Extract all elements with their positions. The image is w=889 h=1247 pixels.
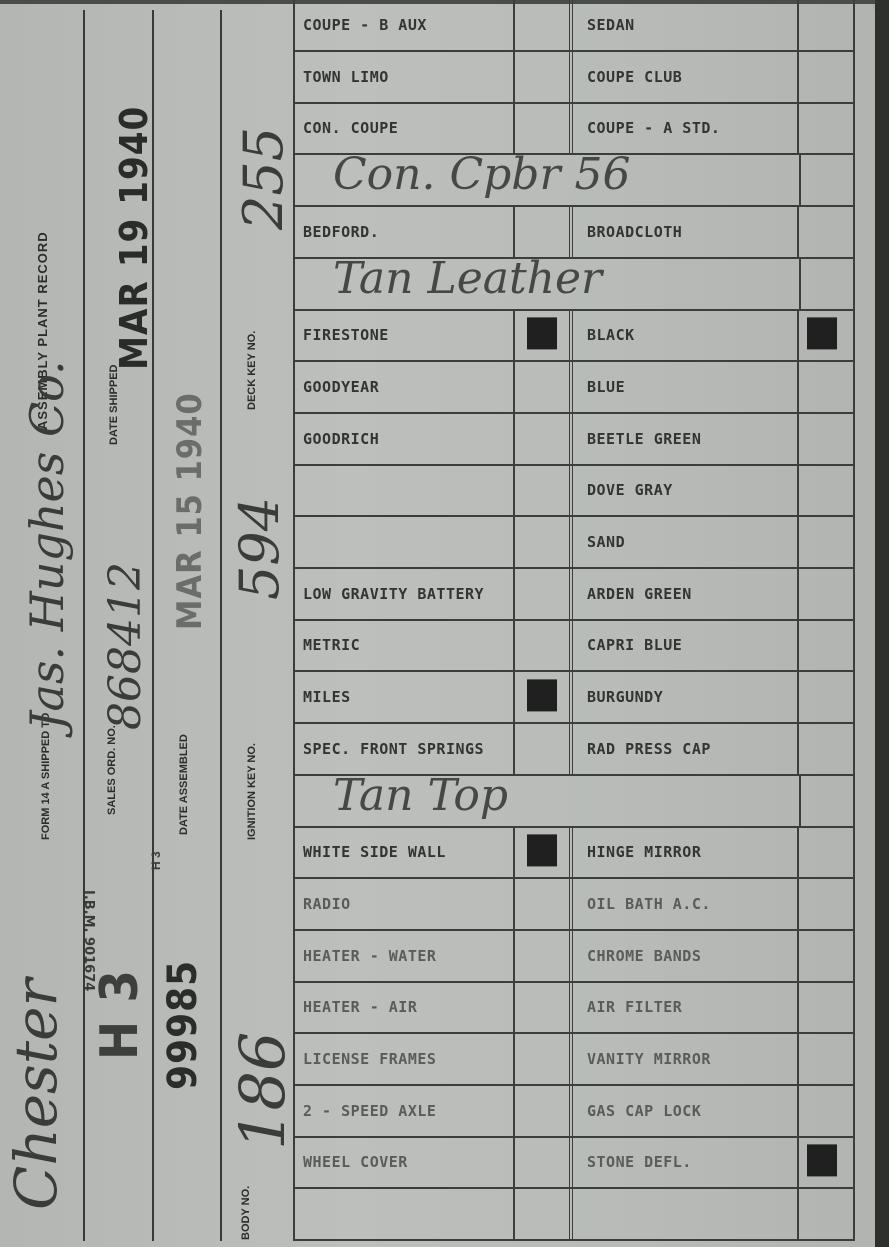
option-text: WHITE SIDE WALL [303,843,446,861]
option-text: BLACK [587,326,635,344]
column-rule [83,10,85,1241]
option-text: GOODRICH [303,430,379,448]
check-box-left [515,465,573,515]
serial-number: 99985 [160,960,206,1090]
option-text: WHEEL COVER [303,1153,408,1171]
option-text: AIR FILTER [587,998,682,1016]
sales-ord-no-label: SALES ORD. NO. [106,725,118,815]
grid-row: RADIOOIL BATH A.C. [293,879,855,931]
option-label-right: OIL BATH A.C. [577,879,799,929]
handwritten-note: Con. Cpbr 56 [333,149,630,200]
option-label-right: ARDEN GREEN [577,569,799,619]
option-label-right: HINGE MIRROR [577,827,799,877]
option-label-left: COUPE - B AUX [293,0,515,50]
check-box-right [799,362,855,412]
grid-row [293,1189,855,1241]
option-label-left: HEATER - WATER [293,931,515,981]
grid-row: COUPE - B AUXSEDAN [293,0,855,52]
option-label-left: TOWN LIMO [293,52,515,102]
options-grid: COUPE - B AUXSEDANTOWN LIMOCOUPE CLUBCON… [293,0,855,1240]
grid-row: DOVE GRAY [293,465,855,517]
option-label-right: RAD PRESS CAP [577,724,799,774]
option-text: CON. COUPE [303,119,398,137]
card-shadow-edge [875,0,889,1247]
check-box-left [515,827,573,877]
check-box-right [799,465,855,515]
check-box-right [799,207,855,257]
check-box-left [515,52,573,102]
punch-mark-icon [807,318,837,350]
option-text: HEATER - WATER [303,947,436,965]
option-label-right: BLACK [577,310,799,360]
grid-row: SAND [293,517,855,569]
option-label-right: SEDAN [577,0,799,50]
option-text: TOWN LIMO [303,68,389,86]
option-text: MILES [303,688,351,706]
option-label-right: BROADCLOTH [577,207,799,257]
option-text: METRIC [303,636,360,654]
handwritten-note: Tan Top [333,770,508,821]
check-box-right [799,931,855,981]
check-box-right [799,620,855,670]
date-shipped-label: DATE SHIPPED [108,365,120,445]
option-label-right [577,1189,799,1239]
date-shipped-value: MAR 19 1940 [112,106,156,370]
check-box-right [799,0,855,50]
option-text: ARDEN GREEN [587,585,692,603]
option-text: FIRESTONE [303,326,389,344]
option-label-right: VANITY MIRROR [577,1034,799,1084]
option-label-left: SPEC. FRONT SPRINGS [293,724,515,774]
deck-key-no-value: 255 [232,127,295,230]
option-text: HEATER - AIR [303,998,417,1016]
option-text: BEETLE GREEN [587,430,701,448]
option-text: LICENSE FRAMES [303,1050,436,1068]
grid-row: Tan Leather [293,259,855,311]
check-box-right [799,1189,855,1239]
option-label-right: BURGUNDY [577,672,799,722]
punch-mark-icon [527,835,557,867]
option-label-left: BEDFORD. [293,207,515,257]
option-label-left [293,517,515,567]
grid-row: Tan Top [293,776,855,828]
check-box-right [799,724,855,774]
check-box-right [799,1086,855,1136]
option-text: BROADCLOTH [587,223,682,241]
check-box-left [515,517,573,567]
option-label-left [293,1189,515,1239]
option-text: SAND [587,533,625,551]
form-number: H 3 [150,851,163,870]
body-no-value: 186 [226,1032,299,1150]
option-label-left: 2 - SPEED AXLE [293,1086,515,1136]
check-box-right [799,982,855,1032]
check-box-right [799,827,855,877]
grid-row: TOWN LIMOCOUPE CLUB [293,52,855,104]
grid-row: FIRESTONEBLACK [293,310,855,362]
handwritten-note: Tan Leather [333,253,602,304]
grid-cell [799,155,855,205]
check-box-left [515,207,573,257]
grid-row: GOODYEARBLUE [293,362,855,414]
option-text: SEDAN [587,16,635,34]
option-label-left: METRIC [293,620,515,670]
option-label-left: WHITE SIDE WALL [293,827,515,877]
option-text: COUPE CLUB [587,68,682,86]
option-text: BURGUNDY [587,688,663,706]
option-text: BEDFORD. [303,223,379,241]
option-label-left: HEATER - AIR [293,982,515,1032]
option-label-left: RADIO [293,879,515,929]
option-text: STONE DEFL. [587,1153,692,1171]
option-text: SPEC. FRONT SPRINGS [303,740,484,758]
check-box-left [515,103,573,153]
option-text: LOW GRAVITY BATTERY [303,585,484,603]
option-label-right: GAS CAP LOCK [577,1086,799,1136]
option-label-right: STONE DEFL. [577,1137,799,1187]
check-box-right [799,879,855,929]
check-box-right [799,672,855,722]
option-label-left: MILES [293,672,515,722]
check-box-left [515,310,573,360]
grid-row: GOODRICHBEETLE GREEN [293,414,855,466]
option-text: OIL BATH A.C. [587,895,711,913]
option-text: CAPRI BLUE [587,636,682,654]
grid-row: HEATER - AIRAIR FILTER [293,982,855,1034]
option-label-right: CAPRI BLUE [577,620,799,670]
check-box-left [515,1034,573,1084]
check-box-left [515,0,573,50]
check-box-left [515,672,573,722]
check-box-left [515,362,573,412]
option-label-right: COUPE CLUB [577,52,799,102]
check-box-left [515,620,573,670]
sales-ord-no-value: 868412 [100,562,151,730]
grid-row: BEDFORD.BROADCLOTH [293,207,855,259]
assembly-plant-record-card: ASSEMBLY PLANT RECORD FORM 14 A SHIPPED … [0,0,875,1247]
grid-cell [799,259,855,309]
signature: Chester [2,979,70,1210]
option-label-left: WHEEL COVER [293,1137,515,1187]
option-label-left: LOW GRAVITY BATTERY [293,569,515,619]
grid-row: LOW GRAVITY BATTERYARDEN GREEN [293,569,855,621]
grid-row: WHITE SIDE WALLHINGE MIRROR [293,827,855,879]
ignition-key-no-label: IGNITION KEY NO. [246,743,258,840]
option-text: VANITY MIRROR [587,1050,711,1068]
option-text: DOVE GRAY [587,481,673,499]
check-box-left [515,414,573,464]
punch-mark-icon [527,318,557,350]
check-box-left [515,879,573,929]
option-label-right: AIR FILTER [577,982,799,1032]
option-label-right: BLUE [577,362,799,412]
grid-row: Con. Cpbr 56 [293,155,855,207]
option-text: CHROME BANDS [587,947,701,965]
grid-cell [799,776,855,826]
option-text: HINGE MIRROR [587,843,701,861]
option-text: GAS CAP LOCK [587,1102,701,1120]
check-box-left [515,569,573,619]
check-box-right [799,414,855,464]
option-text: 2 - SPEED AXLE [303,1102,436,1120]
check-box-right [799,103,855,153]
option-label-right: COUPE - A STD. [577,103,799,153]
option-label-left [293,465,515,515]
option-text: COUPE - B AUX [303,16,427,34]
option-label-left: GOODRICH [293,414,515,464]
check-box-right [799,310,855,360]
dealer-code: H 3 [90,969,150,1060]
option-label-right: CHROME BANDS [577,931,799,981]
option-label-right: SAND [577,517,799,567]
grid-row: WHEEL COVERSTONE DEFL. [293,1137,855,1189]
grid-row: SPEC. FRONT SPRINGSRAD PRESS CAP [293,724,855,776]
grid-row: METRICCAPRI BLUE [293,620,855,672]
deck-key-no-label: DECK KEY NO. [246,331,258,410]
grid-row: LICENSE FRAMESVANITY MIRROR [293,1034,855,1086]
option-label-left: LICENSE FRAMES [293,1034,515,1084]
body-no-label: BODY NO. [240,1186,252,1240]
check-box-right [799,569,855,619]
shipped-to-label: FORM 14 A SHIPPED TO [40,720,52,840]
option-label-left: FIRESTONE [293,310,515,360]
option-label-left: CON. COUPE [293,103,515,153]
date-assembled-value: MAR 15 1940 [170,392,210,630]
option-text: COUPE - A STD. [587,119,720,137]
check-box-right [799,52,855,102]
check-box-left [515,1189,573,1239]
check-box-left [515,724,573,774]
punch-mark-icon [807,1145,837,1177]
option-text: RAD PRESS CAP [587,740,711,758]
grid-row: CON. COUPECOUPE - A STD. [293,103,855,155]
check-box-left [515,1086,573,1136]
option-text: BLUE [587,378,625,396]
grid-row: 2 - SPEED AXLEGAS CAP LOCK [293,1086,855,1138]
check-box-left [515,982,573,1032]
grid-row: MILESBURGUNDY [293,672,855,724]
check-box-right [799,517,855,567]
option-label-right: BEETLE GREEN [577,414,799,464]
check-box-right [799,1034,855,1084]
ignition-key-no-value: 594 [228,497,291,600]
punch-mark-icon [527,679,557,711]
option-label-left: GOODYEAR [293,362,515,412]
column-rule [220,10,222,1241]
grid-row: HEATER - WATERCHROME BANDS [293,931,855,983]
date-assembled-label: DATE ASSEMBLED [178,734,190,835]
option-label-right: DOVE GRAY [577,465,799,515]
check-box-right [799,1137,855,1187]
option-text: GOODYEAR [303,378,379,396]
check-box-left [515,1137,573,1187]
option-text: RADIO [303,895,351,913]
check-box-left [515,931,573,981]
shipped-to-value: Jas. Hughes Co. [20,360,74,730]
